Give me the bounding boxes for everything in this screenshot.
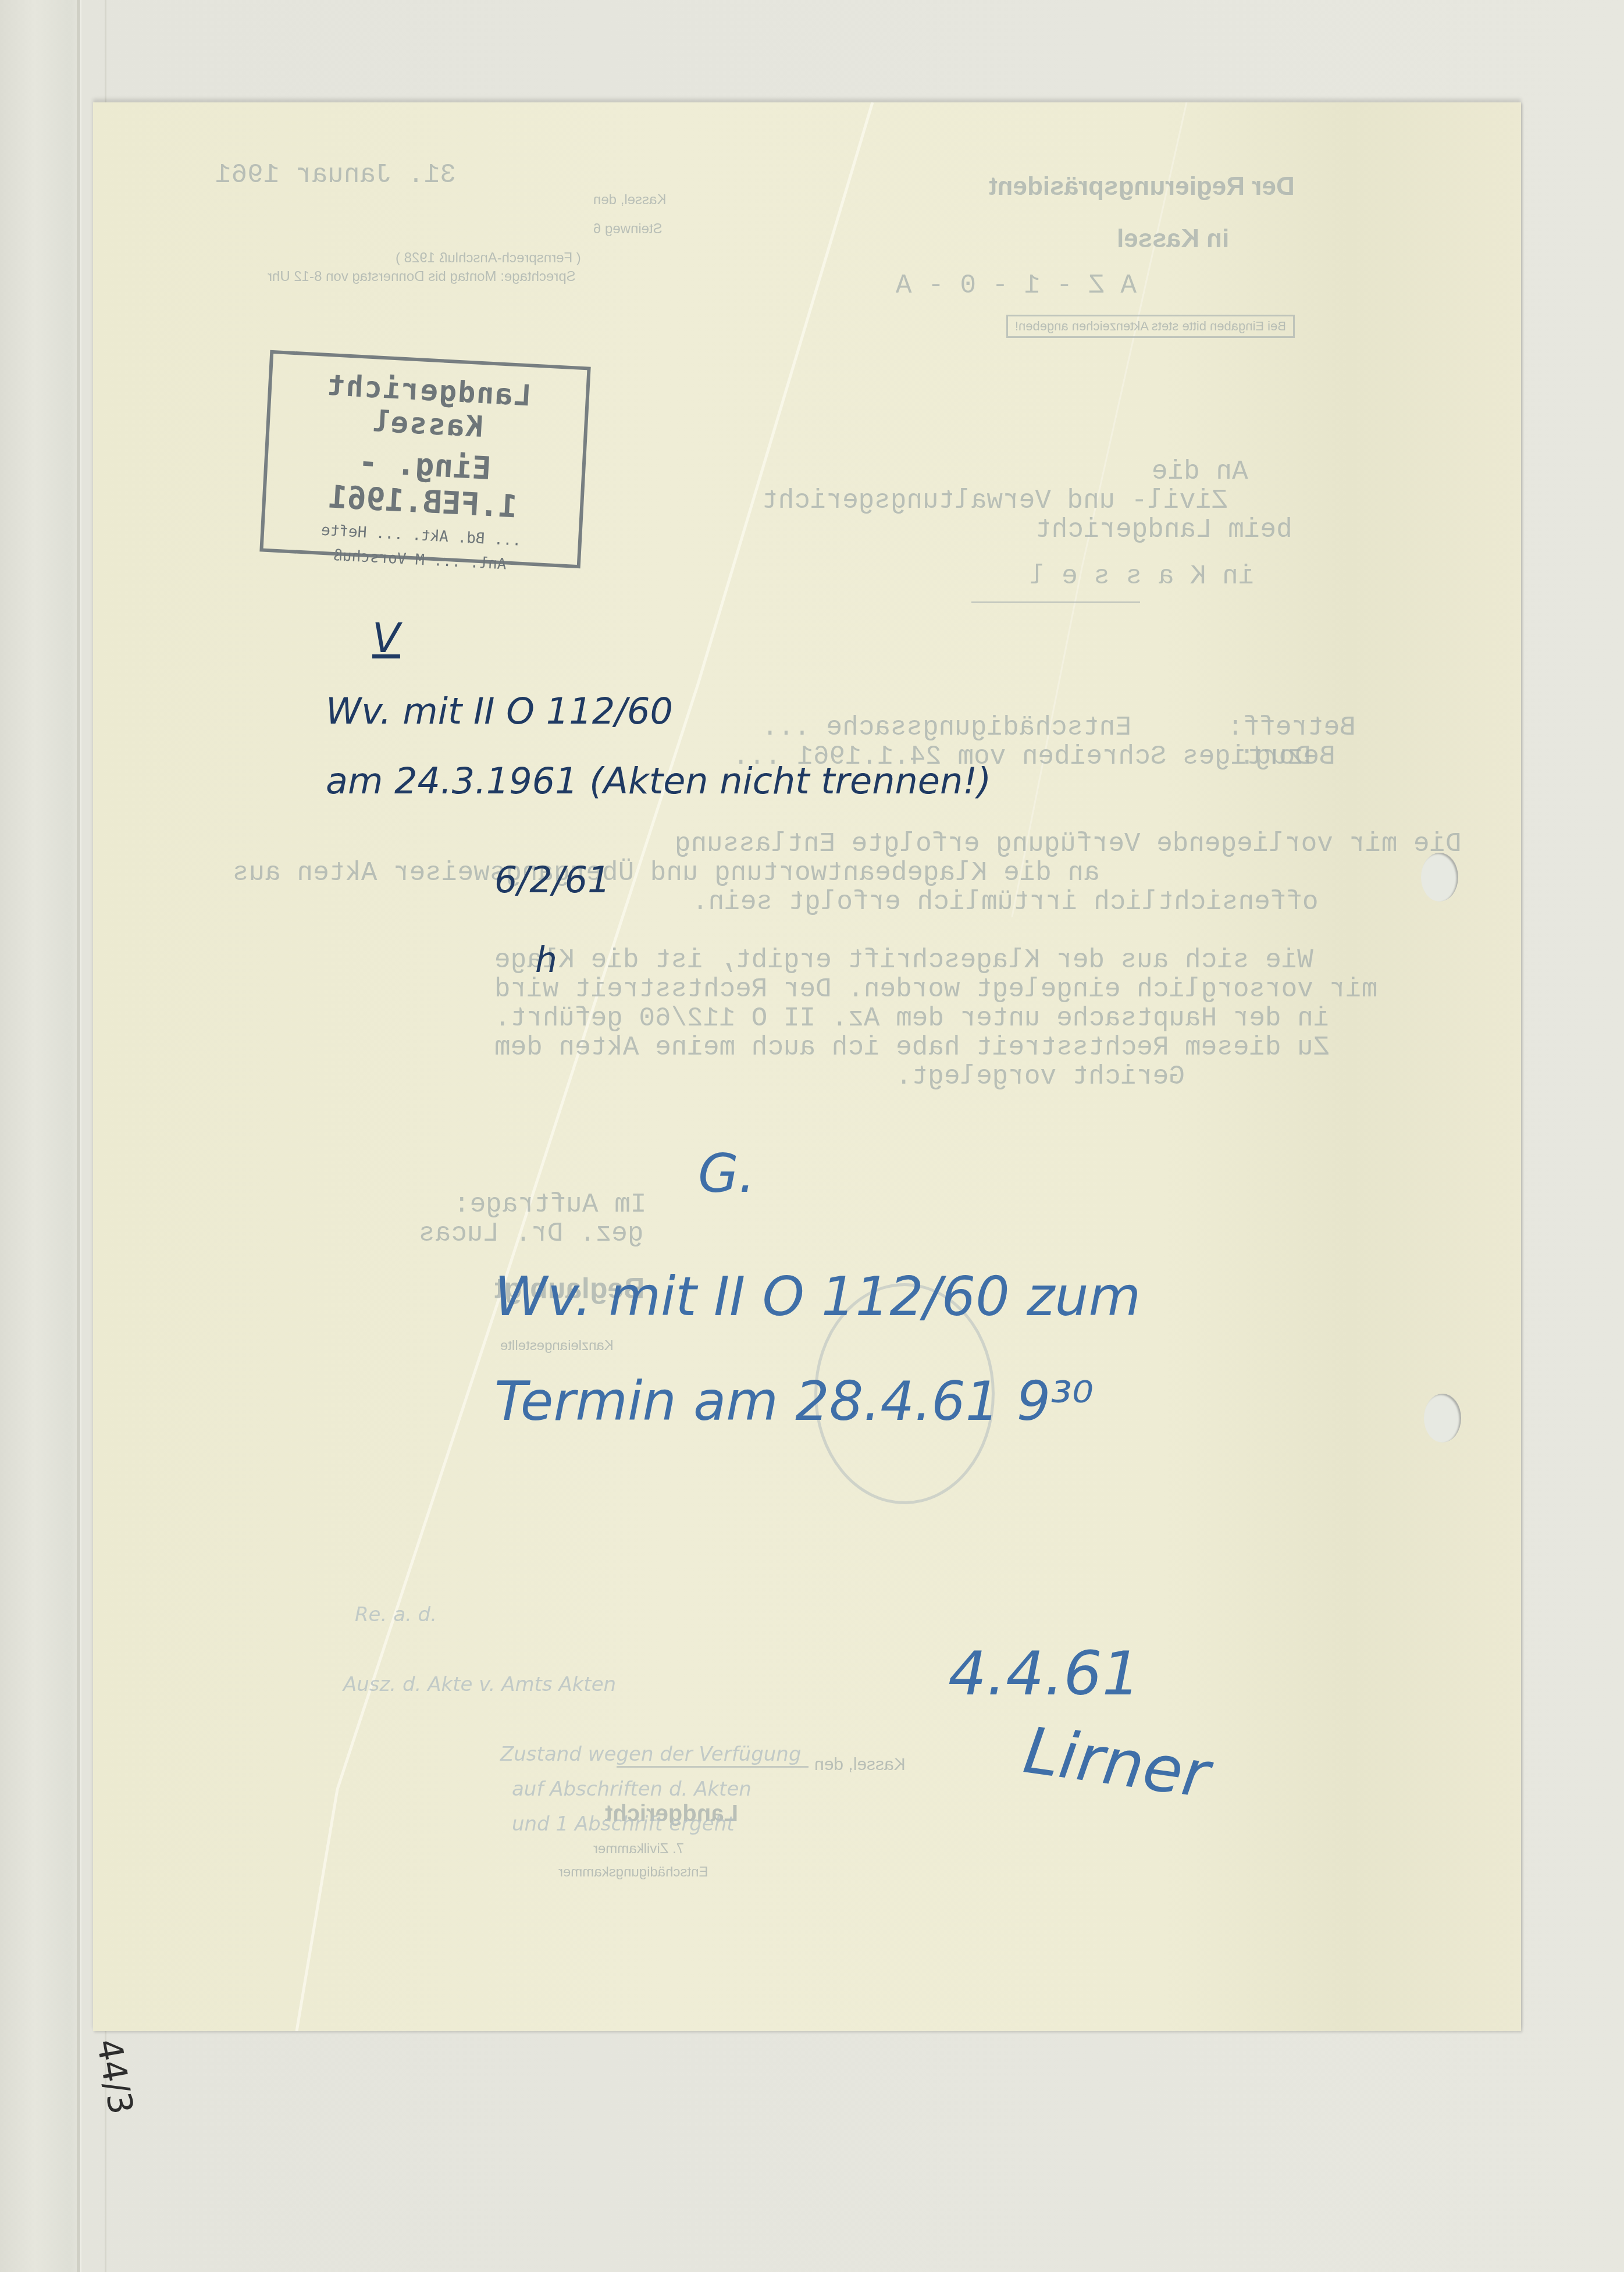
subject-betreff-text: Entschädigungssache ...: [762, 713, 1131, 742]
footer-dept: 7. Zivilkammer: [593, 1839, 684, 1860]
addressee-underline: [971, 601, 1140, 603]
faint-note: Ausz. d. Akte v. Amts Akten: [343, 1673, 616, 1696]
annotation-initial: h: [535, 940, 557, 981]
addressee-line: in K a s s e l: [1030, 562, 1254, 591]
punch-hole: [1421, 853, 1458, 902]
letter-street: Steinweg 6: [593, 219, 663, 240]
addressee-line: An die: [1152, 457, 1248, 486]
body-line: in der Hauptsache unter dem Az. II O 112…: [494, 1004, 1329, 1033]
letterhead-authority: Der Regierungspräsident: [989, 172, 1295, 201]
annotation-termin-line: Termin am 28.4.61 9³⁰: [494, 1370, 1094, 1433]
binder-edge: [77, 0, 81, 2272]
annotation-date-6-2-61: 6/2/61: [494, 859, 611, 901]
faint-note: und 1 Abschrift ergeht: [512, 1812, 735, 1836]
letter-hours: Sprechtage: Montag bis Donnerstag von 8-…: [268, 266, 576, 287]
body-line: Die mir vorliegende Verfügung erfolgte E…: [675, 829, 1462, 859]
faint-note: Zustand wegen der Verfügung: [500, 1743, 801, 1766]
body-line: an die Klagebeantwortung und Übergangswe…: [233, 859, 1100, 888]
addressee-line: beim Landgericht: [1035, 515, 1292, 544]
annotation-wv-termin-line: Wv. mit II O 112/60 zum: [494, 1266, 1141, 1328]
annotation-date-line: am 24.3.1961 (Akten nicht trennen!): [326, 760, 991, 802]
body-line: mir vorsorglich eingelegt worden. Der Re…: [494, 975, 1377, 1004]
footer-place-date: Kassel, den: [814, 1754, 906, 1775]
letterhead-reference: A Z - 1 - 0 - A: [896, 271, 1137, 300]
letter-phone: ( Fernsprech-Anschluß 1928 ): [396, 248, 581, 269]
letter-place: Kassel, den: [593, 190, 666, 211]
footer-sub: Entschädigungskammer: [558, 1862, 708, 1883]
faint-note: auf Abschriften d. Akten: [512, 1778, 752, 1801]
letterhead-reference-box: Bei Eingaben bitte stets Aktenzeichen an…: [1006, 315, 1295, 338]
stamp-date: Eing. - 1.FEB.1961: [265, 439, 583, 528]
annotation-date-4-4-61: 4.4.61: [948, 1638, 1141, 1709]
punch-hole: [1424, 1394, 1461, 1443]
body-line: Zu diesem Rechtsstreit habe ich auch mei…: [494, 1033, 1329, 1062]
signature-role: Kanzleiangestellte: [500, 1336, 614, 1356]
annotation-mark-v: V: [372, 614, 400, 662]
addressee-line: Zivil- und Verwaltungsgericht: [762, 486, 1228, 515]
letterhead-city: in Kassel: [1117, 225, 1229, 254]
faint-note: Re. a. d.: [355, 1603, 437, 1626]
body-line: offensichtlich irrtümlich erfolgt sein.: [692, 888, 1319, 917]
body-line: Gericht vorgelegt.: [896, 1062, 1185, 1091]
footer-date-line: [617, 1766, 809, 1768]
annotation-signature: Lirner: [1020, 1712, 1214, 1812]
received-stamp: Landgericht Kassel Eing. - 1.FEB.1961 ..…: [259, 350, 590, 568]
letter-date: 31. Januar 1961: [215, 161, 456, 190]
stamp-court: Landgericht Kassel: [269, 365, 586, 449]
signature-im-auftrage: Im Auftrage:: [454, 1190, 646, 1219]
annotation-initial-g: G.: [698, 1144, 755, 1205]
subject-label-betreff: Betreff:: [1227, 713, 1356, 742]
annotation-wv-line: Wv. mit II O 112/60: [326, 690, 673, 732]
signature-gez: gez. Dr. Lucas: [419, 1219, 643, 1248]
body-line: Wie sich aus der Klageschrift ergibt, is…: [494, 946, 1313, 975]
document-sheet: Der Regierungspräsident in Kassel A Z - …: [93, 102, 1521, 2031]
